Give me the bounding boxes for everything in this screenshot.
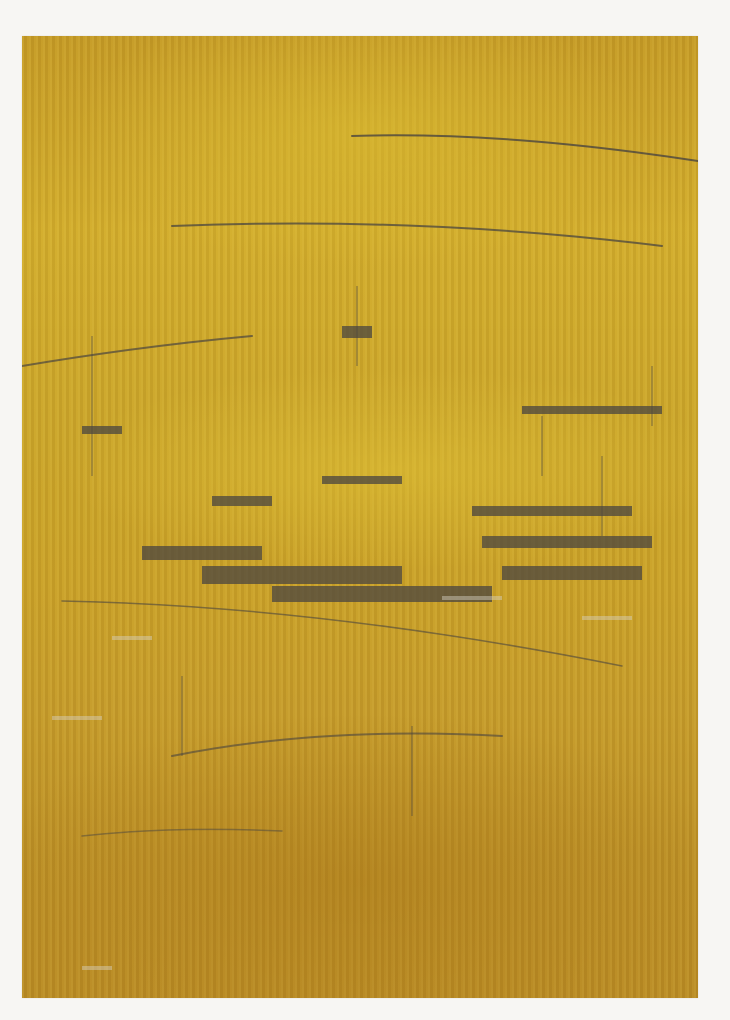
rug [22, 36, 698, 998]
rug-distress-pattern [22, 36, 698, 998]
